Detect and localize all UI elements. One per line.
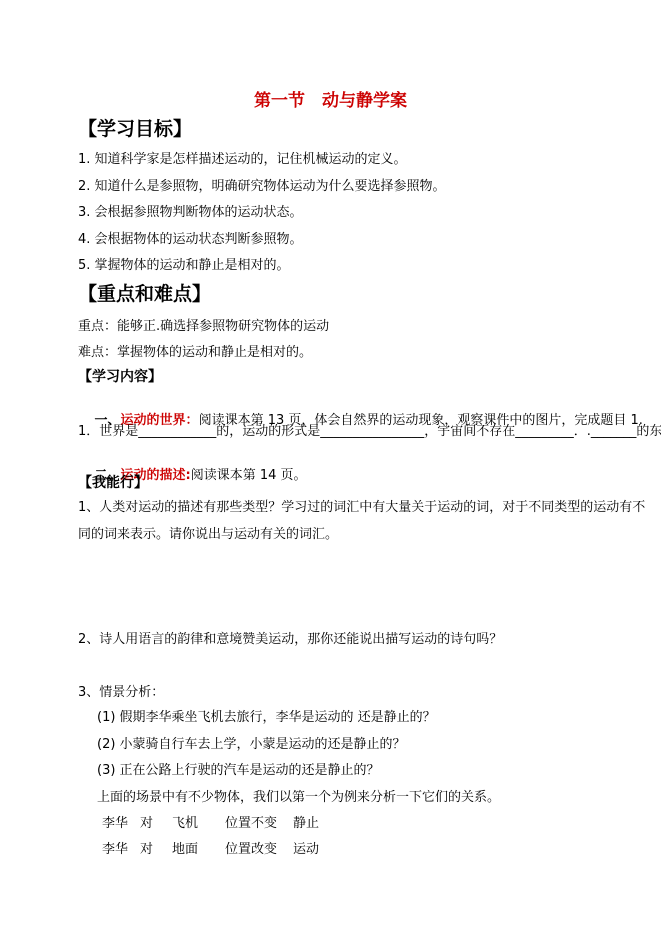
- worksheet-page: 第一节 动与静学案 【重点和难点】 【学习目标】 1. 知道科学家是怎样描述运动…: [0, 0, 661, 936]
- analysis-subject: 李华: [102, 841, 140, 858]
- scenario-item-2: (2) 小蒙骑自行车去上学，小蒙是运动的还是静止的？: [97, 736, 406, 753]
- scenario-item-1: (1) 假期李华乘坐飞机去旅行，李华是运动的 还是静止的？: [97, 709, 436, 726]
- page-title: 第一节 动与静学案: [0, 86, 661, 111]
- goal-item-3: 3. 会根据参照物判断物体的运动状态。: [78, 204, 303, 221]
- keypoints-difficulty: 难点：掌握物体的运动和静止是相对的。: [78, 344, 312, 361]
- fill-blank-line: 1．世界是____________的，运动的形式是_______________…: [78, 423, 661, 440]
- analysis-position: 位置改变: [225, 841, 293, 858]
- goals-heading: 【学习目标】: [78, 118, 192, 140]
- goal-item-4: 4. 会根据物体的运动状态判断参照物。: [78, 231, 303, 248]
- analysis-row-plane: 李华 对 飞机 位置不变 静止: [102, 815, 319, 832]
- analysis-object: 飞机: [172, 815, 225, 832]
- analysis-state: 运动: [293, 841, 319, 858]
- practice-q1-line1: 1、人类对运动的描述有那些类型？学习过的词汇中有大量关于运动的词，对于不同类型的…: [78, 499, 645, 516]
- scenario-item-3: (3) 正在公路上行驶的汽车是运动的还是静止的？: [97, 762, 380, 779]
- analysis-subject: 李华: [102, 815, 140, 832]
- content-part2-text: 阅读课本第 14 页。: [191, 468, 307, 483]
- analysis-row-ground: 李华 对 地面 位置改变 运动: [102, 841, 319, 858]
- goal-item-2: 2. 知道什么是参照物，明确研究物体运动为什么要选择参照物。: [78, 178, 446, 195]
- analysis-state: 静止: [293, 815, 319, 832]
- analysis-relation: 对: [140, 841, 172, 858]
- practice-q2: 2、诗人用语言的韵律和意境赞美运动，那你还能说出描写运动的诗句吗？: [78, 631, 502, 648]
- goal-item-1: 1. 知道科学家是怎样描述运动的，记住机械运动的定义。: [78, 151, 407, 168]
- practice-q3-heading: 3、情景分析：: [78, 684, 164, 701]
- practice-heading: 【我能行】: [78, 474, 148, 492]
- keypoints-focus: 重点：能够正.确选择参照物研究物体的运动: [78, 318, 329, 335]
- practice-summary: 上面的场景中有不少物体，我们以第一个为例来分析一下它们的关系。: [97, 789, 500, 806]
- keypoints-heading: 【重点和难点】: [78, 283, 211, 305]
- analysis-relation: 对: [140, 815, 172, 832]
- analysis-position: 位置不变: [225, 815, 293, 832]
- analysis-object: 地面: [172, 841, 225, 858]
- content-heading: 【学习内容】: [78, 368, 162, 386]
- practice-q1-line2: 同的词来表示。请你说出与运动有关的词汇。: [78, 526, 338, 543]
- goal-item-5: 5. 掌握物体的运动和静止是相对的。: [78, 257, 290, 274]
